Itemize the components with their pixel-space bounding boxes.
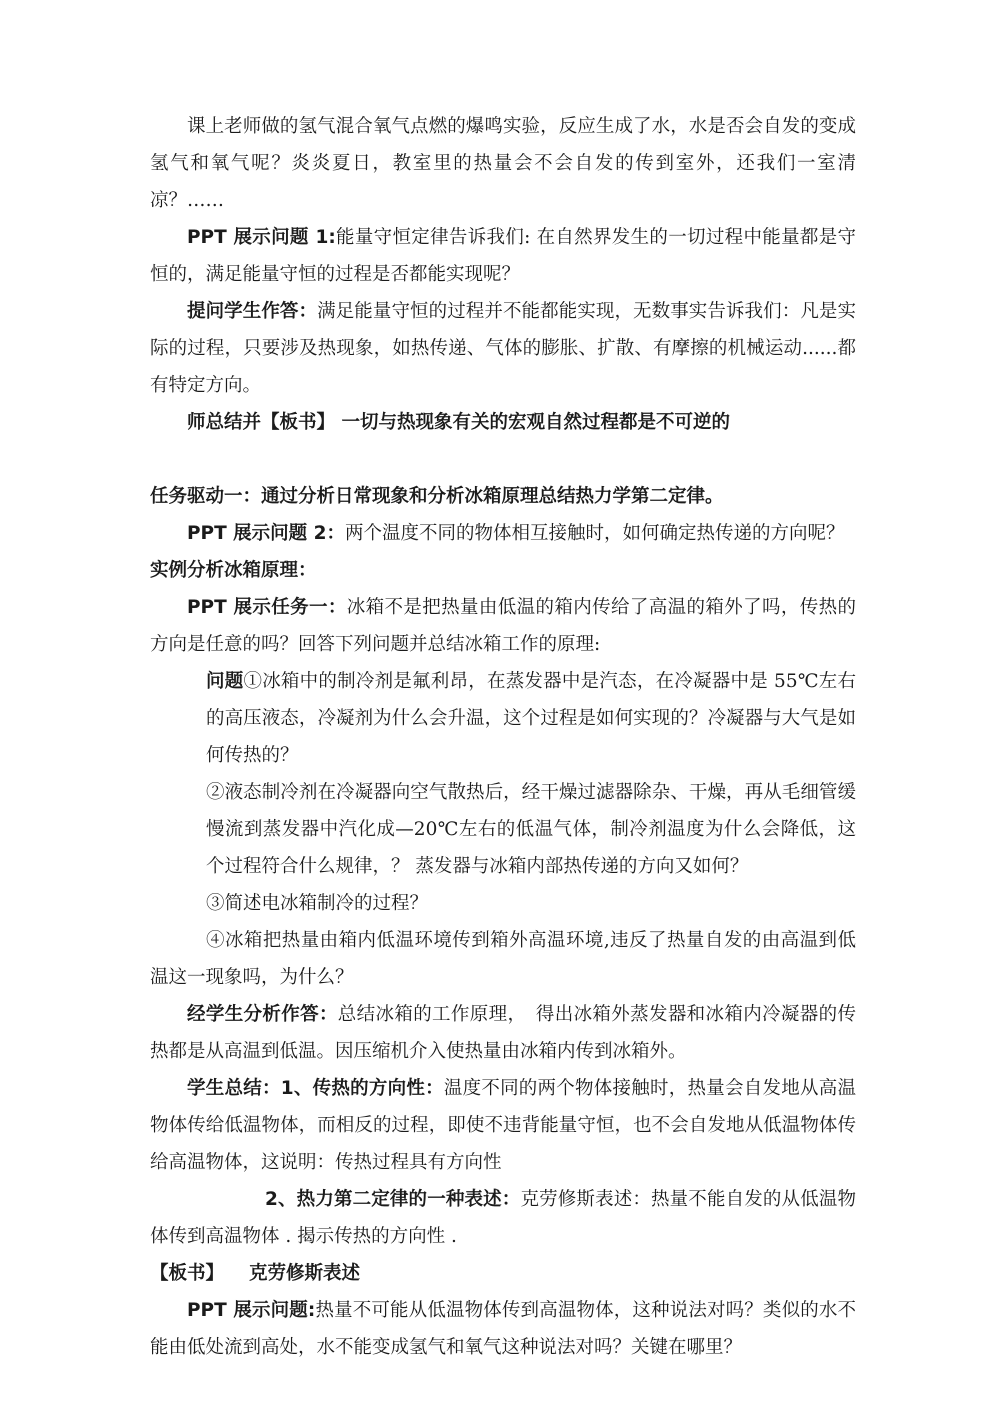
text-segment-bold: PPT 展示任务一： — [187, 597, 347, 618]
text-segment: ④冰箱把热量由箱内低温环境传到箱外高温环境,违反了热量自发的由高温到低温这一现象… — [150, 930, 856, 988]
text-segment-bold: 【板书】 — [150, 1263, 224, 1284]
text-segment-bold: 学生总结：1、传热的方向性： — [187, 1078, 444, 1099]
blank-line — [150, 441, 856, 478]
paragraph: 实例分析冰箱原理： — [150, 552, 856, 589]
paragraph: 课上老师做的氢气混合氧气点燃的爆鸣实验，反应生成了水，水是否会自发的变成氢气和氧… — [150, 108, 856, 219]
text-segment-bold: 克劳修斯表述 — [249, 1263, 360, 1284]
text-segment: ①冰箱中的制冷剂是氟利昂，在蒸发器中是汽态，在冷凝器中是 55℃左右的高压液态，… — [206, 671, 856, 766]
paragraph: 2、热力第二定律的一种表述：克劳修斯表述：热量不能自发的从低温物体传到高温物体 … — [150, 1181, 856, 1255]
text-segment-bold: 实例分析冰箱原理： — [150, 560, 317, 581]
text-segment: 两个温度不同的物体相互接触时，如何确定热传递的方向呢？ — [345, 523, 845, 544]
document-body: 课上老师做的氢气混合氧气点燃的爆鸣实验，反应生成了水，水是否会自发的变成氢气和氧… — [150, 108, 856, 1366]
text-segment-bold: 任务驱动一：通过分析日常现象和分析冰箱原理总结热力学第二定律。 — [150, 486, 724, 507]
paragraph: 提问学生作答：满足能量守恒的过程并不能都能实现，无数事实告诉我们：凡是实际的过程… — [150, 293, 856, 404]
text-segment-bold: 2、热力第二定律的一种表述： — [265, 1189, 520, 1210]
document-page: 课上老师做的氢气混合氧气点燃的爆鸣实验，反应生成了水，水是否会自发的变成氢气和氧… — [0, 0, 1000, 1414]
paragraph: PPT 展示问题:热量不可能从低温物体传到高温物体，这种说法对吗？类似的水不能由… — [150, 1292, 856, 1366]
text-segment-bold: 经学生分析作答： — [187, 1004, 338, 1025]
paragraph: PPT 展示问题 2：两个温度不同的物体相互接触时，如何确定热传递的方向呢？ — [150, 515, 856, 552]
paragraph: ③简述电冰箱制冷的过程？ — [206, 885, 856, 922]
paragraph: PPT 展示任务一：冰箱不是把热量由低温的箱内传给了高温的箱外了吗，传热的方向是… — [150, 589, 856, 663]
paragraph: 任务驱动一：通过分析日常现象和分析冰箱原理总结热力学第二定律。 — [150, 478, 856, 515]
text-segment-bold: 问题 — [206, 671, 243, 692]
text-segment: ②液态制冷剂在冷凝器向空气散热后，经干燥过滤器除杂、干燥，再从毛细管缓慢流到蒸发… — [206, 782, 856, 877]
paragraph: 经学生分析作答：总结冰箱的工作原理， 得出冰箱外蒸发器和冰箱内冷凝器的传热都是从… — [150, 996, 856, 1070]
paragraph: 【板书】克劳修斯表述 — [150, 1255, 856, 1292]
paragraph: 学生总结：1、传热的方向性：温度不同的两个物体接触时，热量会自发地从高温物体传给… — [150, 1070, 856, 1181]
text-segment-bold: PPT 展示问题: — [187, 1300, 315, 1321]
text-segment-bold: PPT 展示问题 2： — [187, 523, 345, 544]
text-segment-bold: 提问学生作答： — [187, 301, 317, 322]
text-segment-bold: 师总结并【板书】 一切与热现象有关的宏观自然过程都是不可逆的 — [187, 412, 730, 433]
paragraph: ④冰箱把热量由箱内低温环境传到箱外高温环境,违反了热量自发的由高温到低温这一现象… — [150, 922, 856, 996]
text-segment: ③简述电冰箱制冷的过程？ — [206, 893, 428, 914]
paragraph: 问题①冰箱中的制冷剂是氟利昂，在蒸发器中是汽态，在冷凝器中是 55℃左右的高压液… — [206, 663, 856, 774]
paragraph: PPT 展示问题 1:能量守恒定律告诉我们: 在自然界发生的一切过程中能量都是守… — [150, 219, 856, 293]
paragraph: ②液态制冷剂在冷凝器向空气散热后，经干燥过滤器除杂、干燥，再从毛细管缓慢流到蒸发… — [206, 774, 856, 885]
paragraph: 师总结并【板书】 一切与热现象有关的宏观自然过程都是不可逆的 — [150, 404, 856, 441]
text-segment-bold: PPT 展示问题 1: — [187, 227, 336, 248]
text-segment: 课上老师做的氢气混合氧气点燃的爆鸣实验，反应生成了水，水是否会自发的变成氢气和氧… — [150, 116, 856, 211]
